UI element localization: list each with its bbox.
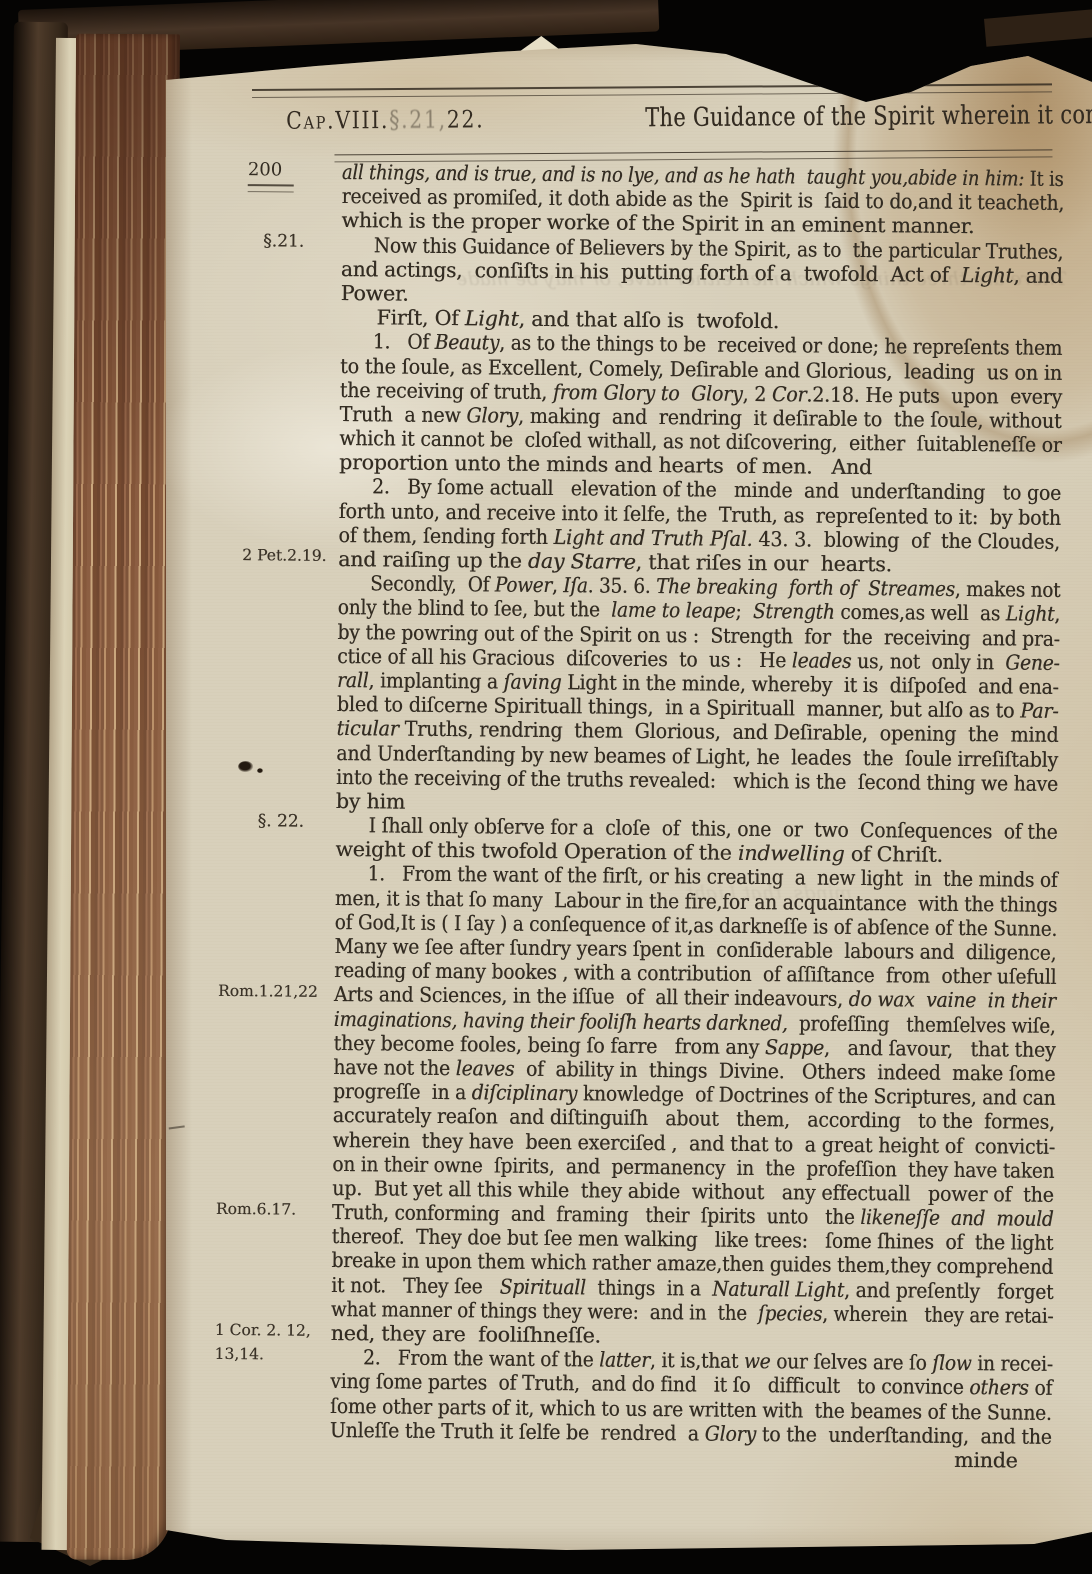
page-number-rule [248, 184, 294, 192]
margin-column: 200 §.21.2 Pet.2.19.§. 22.Rom.1.21,22Rom… [224, 159, 342, 160]
margin-note: Rom.1.21,22 [216, 982, 318, 1001]
page-number-value: 200 [248, 159, 283, 180]
print-area: 200 §.21.2 Pet.2.19.§. 22.Rom.1.21,22Rom… [166, 36, 1092, 1560]
margin-note: 1 Cor. 2. 12, [213, 1320, 311, 1339]
book-page: There are three things which men either … [166, 36, 1092, 1560]
book-cover-corner-right [984, 9, 1092, 46]
page-fore-edges [67, 34, 180, 1561]
photo-backdrop: There are three things which men either … [0, 0, 1092, 1574]
body-text: all things, and is true, and is no lye, … [329, 160, 1064, 1473]
ink-blot [257, 768, 263, 773]
margin-note: §.21. [223, 231, 304, 250]
margin-mark [169, 1125, 185, 1129]
page-number: 200 [248, 159, 294, 192]
margin-note: 13,14. [212, 1345, 263, 1363]
ink-blot [238, 761, 253, 772]
margin-note: §. 22. [218, 812, 305, 831]
margin-note: 2 Pet.2.19. [220, 546, 326, 565]
margin-note: Rom.6.17. [214, 1199, 296, 1218]
